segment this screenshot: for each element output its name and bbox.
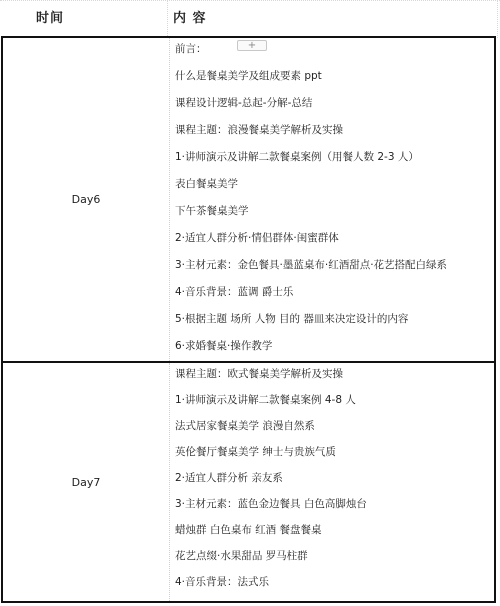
content-line: 1·讲师演示及讲解二款餐桌案例 4-8 人 — [175, 392, 356, 407]
content-line: 课程设计逻辑-总起-分解-总结 — [175, 95, 312, 110]
header-time-label: 时间 — [36, 7, 64, 26]
content-line: 表白餐桌美学 — [175, 176, 238, 191]
day-label: Day7 — [72, 476, 101, 489]
table-row-day7: Day7 课程主题：欧式餐桌美学解析及实操 1·讲师演示及讲解二款餐桌案例 4-… — [3, 363, 494, 601]
content-line: 下午茶餐桌美学 — [175, 203, 249, 218]
content-line: 5·根据主题 场所 人物 目的 器皿来决定设计的内容 — [175, 311, 408, 326]
content-line: 课程主题：浪漫餐桌美学解析及实操 — [175, 122, 343, 137]
content-line: 什么是餐桌美学及组成要素 ppt — [175, 68, 322, 83]
table-row-day6: Day6 前言： + 什么是餐桌美学及组成要素 ppt 课程设计逻辑-总起-分解… — [3, 38, 494, 363]
table-header-row: 时间 内 容 — [0, 0, 500, 37]
content-line: 前言： — [175, 41, 207, 56]
content-line: 花艺点缀·水果甜品 罗马柱群 — [175, 548, 308, 563]
day-cell: Day6 — [3, 38, 170, 361]
content-line: 6·求婚餐桌·操作教学 — [175, 338, 272, 353]
header-content-cell: 内 容 — [168, 1, 498, 38]
content-cell: 前言： + 什么是餐桌美学及组成要素 ppt 课程设计逻辑-总起-分解-总结 课… — [170, 38, 494, 361]
content-line: 法式居家餐桌美学 浪漫自然系 — [175, 418, 315, 433]
content-line: 英伦餐厅餐桌美学 绅士与贵族气质 — [175, 444, 336, 459]
content-line: 4·音乐背景：蓝调 爵士乐 — [175, 284, 293, 299]
content-line: 4·音乐背景：法式乐 — [175, 574, 269, 589]
content-line: 3·主材元素：金色餐具·墨蓝桌布·红酒甜点·花艺搭配白绿系 — [175, 257, 447, 272]
content-line: 1·讲师演示及讲解二款餐桌案例（用餐人数 2-3 人） — [175, 149, 419, 164]
content-line: 课程主题：欧式餐桌美学解析及实操 — [175, 366, 343, 381]
header-time-cell: 时间 — [0, 1, 168, 38]
content-line: 3·主材元素：蓝色金边餐具 白色高脚烛台 — [175, 496, 367, 511]
header-content-label: 内 容 — [173, 7, 207, 26]
content-line: 蜡烛群 白色桌布 红酒 餐盘餐桌 — [175, 522, 322, 537]
content-cell: 课程主题：欧式餐桌美学解析及实操 1·讲师演示及讲解二款餐桌案例 4-8 人 法… — [170, 363, 494, 601]
day-label: Day6 — [72, 193, 101, 206]
day-cell: Day7 — [3, 363, 170, 601]
content-line: 2·适宜人群分析·情侣群体·闺蜜群体 — [175, 230, 339, 245]
schedule-table: Day6 前言： + 什么是餐桌美学及组成要素 ppt 课程设计逻辑-总起-分解… — [1, 36, 496, 603]
content-line: 2·适宜人群分析 亲友系 — [175, 470, 283, 485]
add-row-button[interactable]: + — [237, 40, 267, 51]
